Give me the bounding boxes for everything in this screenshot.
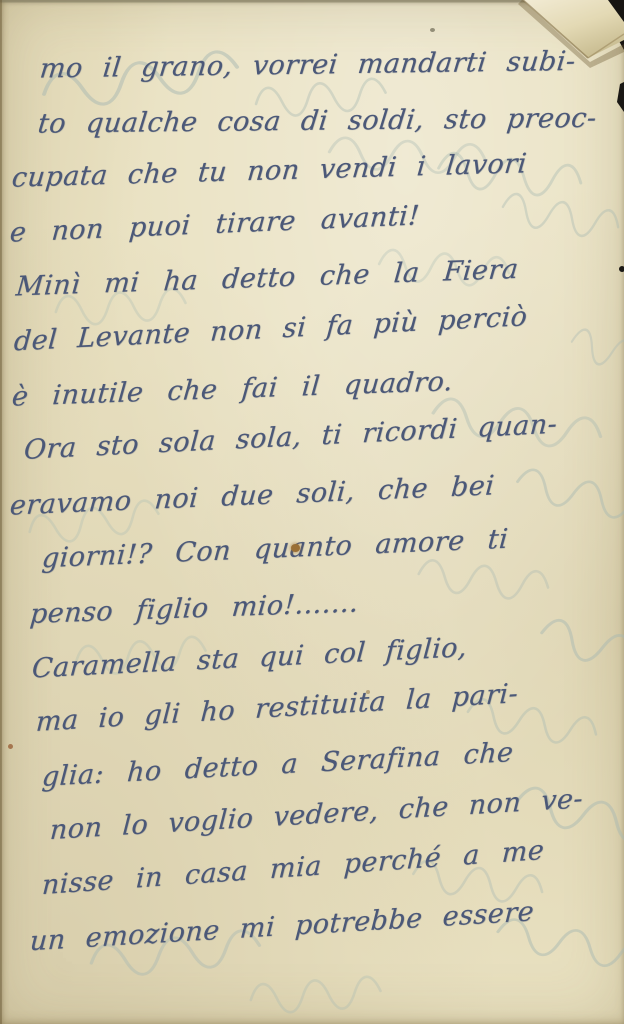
paper-speck: [430, 28, 435, 32]
letter-line: mo il grano, vorrei mandarti subi-: [0, 33, 623, 96]
scan-top-edge: [0, 0, 624, 3]
letter-text: mo il grano, vorrei mandarti subi- to qu…: [0, 42, 620, 970]
scanned-letter-page: mo il grano, vorrei mandarti subi- to qu…: [0, 0, 624, 1024]
